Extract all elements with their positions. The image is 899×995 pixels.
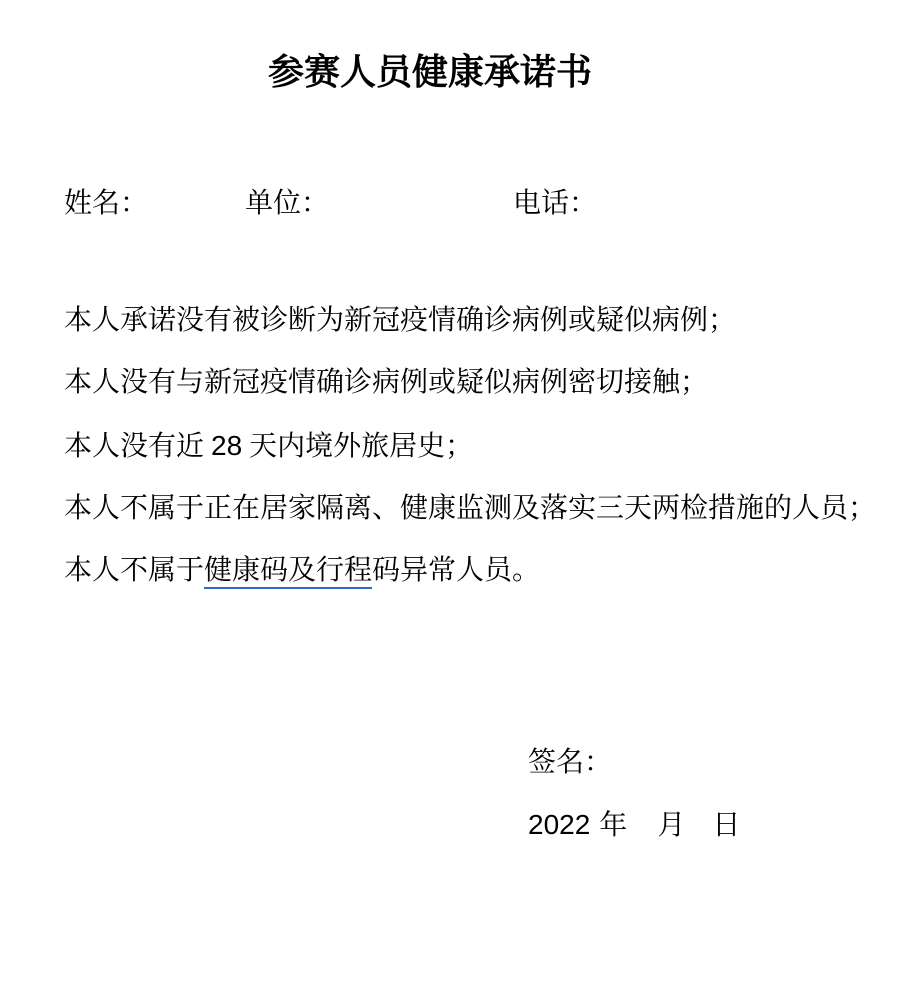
day-unit-label: 日 [712, 810, 740, 841]
health-code-link[interactable]: 健康码及行程 [204, 555, 372, 589]
year-unit-label: 年 [599, 810, 627, 841]
page-title: 参赛人员健康承诺书 [0, 50, 860, 93]
statement-suffix: 天内境外旅居史； [242, 431, 473, 462]
statement-no-overseas-travel: 本人没有近 28 天内境外旅居史； [64, 430, 473, 463]
unit-field-label: 单位： [245, 181, 329, 221]
signature-label: 签名： [528, 740, 612, 780]
name-field-label: 姓名： [64, 181, 148, 221]
statement-prefix: 本人不属于 [64, 555, 204, 586]
days-number: 28 [211, 430, 242, 461]
fields-row: 姓名： 单位： 电话： [0, 181, 899, 217]
date-line: 2022年月日 [528, 803, 740, 843]
statement-no-confirmed-case: 本人承诺没有被诊断为新冠疫情确诊病例或疑似病例； [64, 305, 736, 337]
statement-not-quarantined: 本人不属于正在居家隔离、健康监测及落实三天两检措施的人员； [64, 493, 876, 525]
month-unit-label: 月 [657, 810, 685, 841]
statement-suffix: 码异常人员。 [372, 555, 540, 586]
statement-prefix: 本人没有近 [64, 431, 211, 462]
phone-field-label: 电话： [513, 181, 597, 221]
date-year: 2022 [528, 809, 590, 840]
document-page: 参赛人员健康承诺书 姓名： 单位： 电话： 本人承诺没有被诊断为新冠疫情确诊病例… [0, 0, 899, 995]
statement-no-abnormal-code: 本人不属于健康码及行程码异常人员。 [64, 555, 540, 587]
statement-no-close-contact: 本人没有与新冠疫情确诊病例或疑似病例密切接触； [64, 367, 708, 399]
